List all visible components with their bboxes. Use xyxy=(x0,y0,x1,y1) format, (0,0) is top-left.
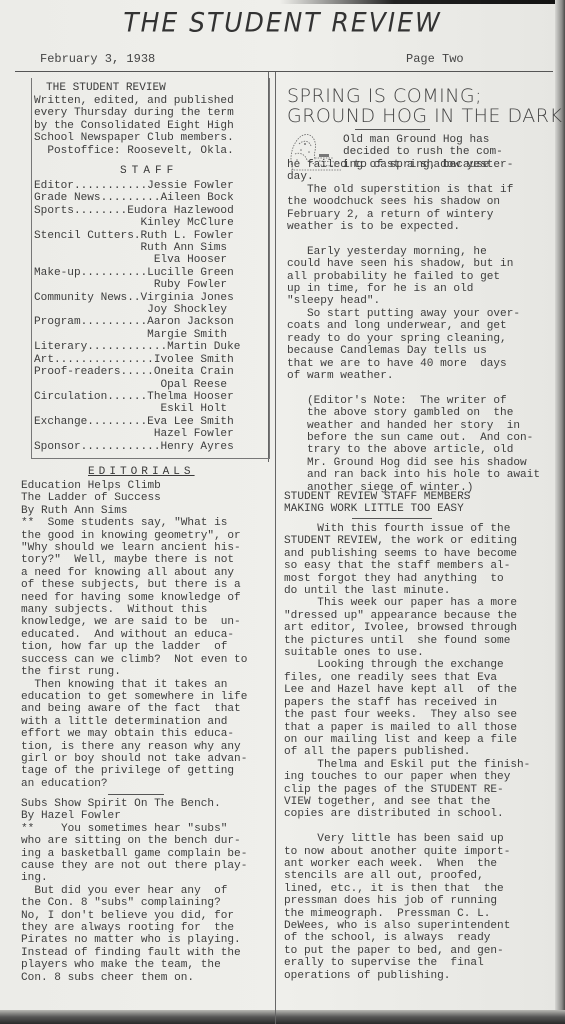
text-line: Education Helps Climb xyxy=(21,480,247,492)
staff-entry: Sports........Eudora Hazlewood xyxy=(34,205,240,217)
text-line: weather is to be expected. xyxy=(287,221,540,233)
text-line: ing touches to our paper when they xyxy=(284,771,530,783)
staff-entry: Hazel Fowler xyxy=(34,428,240,440)
text-line: educated. And without an educa- xyxy=(21,629,247,641)
text-line: to put the paper to bed, and gen- xyxy=(284,945,530,957)
text-line: "dressed up" appearance because the xyxy=(284,610,530,622)
text-line: could have seen his shadow, but in xyxy=(287,258,540,270)
text-line: "sleepy head". xyxy=(287,295,540,307)
text-line: stencils are all out, proofed, xyxy=(284,870,530,882)
text-line: and ran back into his hole to await xyxy=(287,469,540,481)
scan-shadow-top xyxy=(280,0,565,4)
text-line: By Ruth Ann Sims xyxy=(21,505,247,517)
text-line: The old superstition is that if xyxy=(287,184,540,196)
text-line xyxy=(287,382,540,394)
text-line: weather and handed her story in xyxy=(287,420,540,432)
staff-box-title: THE STUDENT REVIEW xyxy=(46,82,166,94)
staff-entry: Eskil Holt xyxy=(34,403,240,415)
text-line: DeWees, who is also superintendent xyxy=(284,920,530,932)
text-line: suitable ones to use. xyxy=(284,647,530,659)
text-line: No, I don't believe you did, for xyxy=(21,910,247,922)
text-line: he failed to cast a shadow yester- xyxy=(287,159,540,171)
editorial-education: Education Helps ClimbThe Ladder of Succe… xyxy=(21,480,247,790)
spring-headline: SPRING IS COMING;GROUND HOG IN THE DARK xyxy=(287,86,562,126)
text-line: up in time, for he is an old xyxy=(287,283,540,295)
text-line: ing a basketball game complain be- xyxy=(21,848,247,860)
text-line: Thelma and Eskil put the finish- xyxy=(284,759,530,771)
text-line: tion, how far up the ladder of xyxy=(21,641,247,653)
text-line: files, one readily sees that Eva xyxy=(284,672,530,684)
text-line: This week our paper has a more xyxy=(284,597,530,609)
text-line: the pictures until she found some xyxy=(284,635,530,647)
staff-entry: Joy Shockley xyxy=(34,304,240,316)
text-line: every Thursday during the term xyxy=(34,107,234,119)
issue-date: February 3, 1938 xyxy=(40,52,155,66)
text-line: and being aware of the fact that xyxy=(21,703,247,715)
text-line: papers the staff has received in xyxy=(284,697,530,709)
text-line: Then knowing that it takes an xyxy=(21,679,247,691)
text-line: ready to do your spring cleaning, xyxy=(287,333,540,345)
text-line: effort we may obtain this educa- xyxy=(21,728,247,740)
header-rule xyxy=(15,71,553,72)
text-line: the good in knowing geometry", or xyxy=(21,530,247,542)
editorial-subs: Subs Show Spirit On The Bench.By Hazel F… xyxy=(21,798,247,984)
text-line: before the sun came out. And con- xyxy=(287,432,540,444)
staff-entry: Ruby Fowler xyxy=(34,279,240,291)
staff-entry: Kinley McClure xyxy=(34,217,240,229)
staff-entry: Circulation......Thelma Hooser xyxy=(34,391,240,403)
text-line: cause they are not out there play- xyxy=(21,860,247,872)
staff-heading: STAFF xyxy=(120,165,178,177)
text-line: Con. 8 subs cheer them on. xyxy=(21,972,247,984)
text-line: the above story gambled on the xyxy=(287,407,540,419)
text-line: VIEW together, and see that the xyxy=(284,796,530,808)
text-line: copies are distributed in school. xyxy=(284,808,530,820)
text-line: lined, etc., it is then that the xyxy=(284,883,530,895)
text-line: School Newspaper Club members. xyxy=(34,132,234,144)
staff-story-headline: STUDENT REVIEW STAFF MEMBERSMAKING WORK … xyxy=(284,491,470,516)
text-line: that we are to have 40 more days xyxy=(287,358,540,370)
text-line: of the school, is always ready xyxy=(284,932,530,944)
staff-list: Editor...........Jessie FowlerGrade News… xyxy=(34,180,240,453)
page-number: Page Two xyxy=(406,52,464,66)
text-line: on our mailing list and keep a file xyxy=(284,734,530,746)
text-line: of all the papers published. xyxy=(284,746,530,758)
text-line: because Candlemas Day tells us xyxy=(287,345,540,357)
text-line: do until the last minute. xyxy=(284,585,530,597)
text-line: Instead of finding fault with the xyxy=(21,947,247,959)
text-line: by the Consolidated Eight High xyxy=(34,120,234,132)
staff-entry: Ruth Ann Sims xyxy=(34,242,240,254)
text-line: Looking through the exchange xyxy=(284,659,530,671)
text-line: The Ladder of Success xyxy=(21,492,247,504)
headline-line: SPRING IS COMING; xyxy=(287,86,562,106)
text-line: Subs Show Spirit On The Bench. xyxy=(21,798,247,810)
headline-line: STUDENT REVIEW STAFF MEMBERS xyxy=(284,491,470,503)
scan-shadow-bottom xyxy=(0,1010,565,1024)
text-line: that a paper is mailed to all those xyxy=(284,722,530,734)
staff-entry: Literary............Martin Duke xyxy=(34,341,240,353)
text-line: With this fourth issue of the xyxy=(284,523,530,535)
text-line: many subjects. Without this xyxy=(21,604,247,616)
text-line: knowledge, we are said to be un- xyxy=(21,616,247,628)
text-line: operations of publishing. xyxy=(284,970,530,982)
text-line: Postoffice: Roosevelt, Okla. xyxy=(34,145,234,157)
text-line: But did you ever hear any of xyxy=(21,885,247,897)
text-line: Early yesterday morning, he xyxy=(287,246,540,258)
staff-entry: Sponsor............Henry Ayres xyxy=(34,441,240,453)
text-line: Very little has been said up xyxy=(284,833,530,845)
text-line: By Hazel Fowler xyxy=(21,810,247,822)
text-line: with a little determination and xyxy=(21,716,247,728)
text-line: day. xyxy=(287,171,540,183)
text-line: the woodchuck sees his shadow on xyxy=(287,196,540,208)
headline-rule-2 xyxy=(352,518,432,519)
text-line: a need for knowing all about any xyxy=(21,567,247,579)
text-line: the past four weeks. They also see xyxy=(284,709,530,721)
text-line: Lee and Hazel have kept all of the xyxy=(284,684,530,696)
text-line: the mimeograph. Pressman C. L. xyxy=(284,908,530,920)
text-line: most forgot they had anything to xyxy=(284,573,530,585)
headline-line: GROUND HOG IN THE DARK xyxy=(287,106,562,126)
article-separator xyxy=(108,794,164,795)
staff-story-body: With this fourth issue of theSTUDENT REV… xyxy=(284,523,530,982)
text-line: pressman does his job of running xyxy=(284,895,530,907)
text-line: an education? xyxy=(21,778,247,790)
text-line: art editor, Ivolee, browsed through xyxy=(284,622,530,634)
text-line: STUDENT REVIEW, the work or editing xyxy=(284,535,530,547)
staff-entry: Proof-readers.....Oneita Crain xyxy=(34,366,240,378)
text-line: February 2, a return of wintery xyxy=(287,209,540,221)
text-line: decided to rush the com- xyxy=(343,146,503,158)
staff-entry: Opal Reese xyxy=(34,379,240,391)
text-line: coats and long underwear, and get xyxy=(287,320,540,332)
text-line: all probability he failed to get xyxy=(287,271,540,283)
staff-entry: Stencil Cutters.Ruth L. Fowler xyxy=(34,230,240,242)
text-line: ** Some students say, "What is xyxy=(21,517,247,529)
text-line: (Editor's Note: The writer of xyxy=(287,395,540,407)
text-line: of warm weather. xyxy=(287,370,540,382)
staff-entry: Art...............Ivolee Smith xyxy=(34,354,240,366)
headline-line: MAKING WORK LITTLE TOO EASY xyxy=(284,503,470,515)
text-line: the first rung. xyxy=(21,666,247,678)
text-line: of these subjects, but there is a xyxy=(21,579,247,591)
headline-rule xyxy=(355,129,430,130)
text-line: Mr. Ground Hog did see his shadow xyxy=(287,457,540,469)
column-divider xyxy=(275,72,276,1024)
staff-entry: Margie Smith xyxy=(34,329,240,341)
text-line xyxy=(287,233,540,245)
text-line: Old man Ground Hog has xyxy=(343,134,503,146)
text-line: education to get somewhere in life xyxy=(21,691,247,703)
staff-entry: Elva Hooser xyxy=(34,254,240,266)
text-line: tory?" Well, maybe there is not xyxy=(21,554,247,566)
text-line: who are sitting on the bench dur- xyxy=(21,835,247,847)
text-line: erally to supervise the final xyxy=(284,957,530,969)
staff-entry: Make-up..........Lucille Green xyxy=(34,267,240,279)
newspaper-masthead: THE STUDENT REVIEW xyxy=(0,7,565,37)
text-line: ** You sometimes hear "subs" xyxy=(21,823,247,835)
text-line: girl or boy should not take advan- xyxy=(21,753,247,765)
spring-story-body: he failed to cast a shadow yester-day. T… xyxy=(287,159,540,494)
text-line: so easy that the staff members al- xyxy=(284,560,530,572)
text-line: players who make the team, the xyxy=(21,959,247,971)
text-line: So start putting away your over- xyxy=(287,308,540,320)
text-line: they are always rooting for the xyxy=(21,922,247,934)
staff-entry: Exchange.........Eva Lee Smith xyxy=(34,416,240,428)
text-line: and publishing seems to have become xyxy=(284,548,530,560)
text-line: "Why should we learn ancient his- xyxy=(21,542,247,554)
text-line: need for having some knowledge of xyxy=(21,592,247,604)
text-line: to now about another quite import- xyxy=(284,846,530,858)
text-line: Written, edited, and published xyxy=(34,95,234,107)
staff-entry: Program..........Aaron Jackson xyxy=(34,316,240,328)
publication-info: Written, edited, and publishedevery Thur… xyxy=(34,95,234,157)
text-line: trary to the above article, old xyxy=(287,444,540,456)
text-line: Pirates no matter who is playing. xyxy=(21,934,247,946)
staff-entry: Grade News.........Aileen Bock xyxy=(34,192,240,204)
text-line xyxy=(284,821,530,833)
editorials-heading: EDITORIALS xyxy=(88,466,195,478)
text-line: success can we climb? Not even to xyxy=(21,654,247,666)
scan-shadow-right xyxy=(555,0,565,1024)
newspaper-page: THE STUDENT REVIEW February 3, 1938 Page… xyxy=(0,0,565,1024)
text-line: clip the pages of the STUDENT RE- xyxy=(284,784,530,796)
staff-entry: Community News..Virginia Jones xyxy=(34,292,240,304)
text-line: tage of the privilege of getting xyxy=(21,765,247,777)
staff-entry: Editor...........Jessie Fowler xyxy=(34,180,240,192)
text-line: ant worker each week. When the xyxy=(284,858,530,870)
text-line: ing. xyxy=(21,872,247,884)
text-line: tion, is there any reason why any xyxy=(21,741,247,753)
text-line: the Con. 8 "subs" complaining? xyxy=(21,897,247,909)
